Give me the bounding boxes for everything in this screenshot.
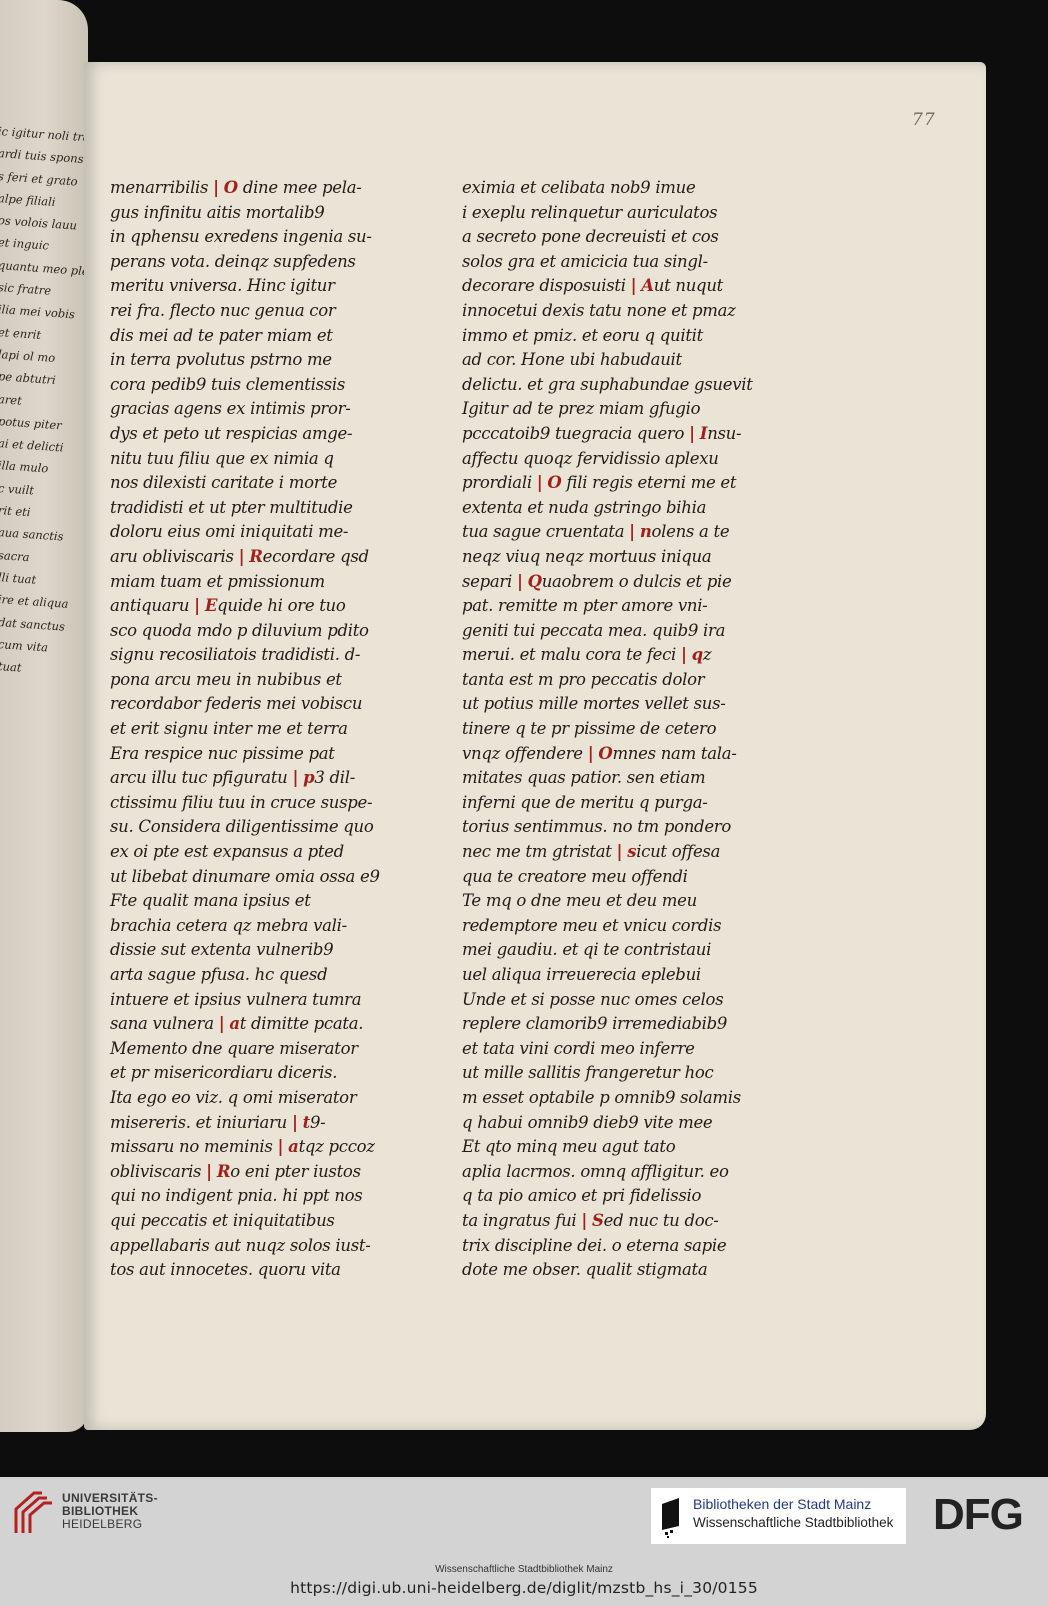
- rubric-mark: |: [629, 522, 635, 541]
- rubric-mark: |: [194, 596, 200, 615]
- manuscript-line: aru obliviscaris | Recordare qsd: [110, 545, 400, 570]
- rubric-mark: |: [588, 744, 594, 763]
- manuscript-line: menarribilis | O dine mee pela-: [110, 176, 400, 201]
- manuscript-line: innocetui dexis tatu none et pmaz: [462, 299, 782, 324]
- manuscript-line: brachia cetera qz mebra vali-: [110, 914, 400, 939]
- manuscript-line: ut mille sallitis frangeretur hoc: [462, 1061, 782, 1086]
- rubric-initial: q: [692, 645, 703, 664]
- manuscript-line: signu recosiliatois tradidisti. d-: [110, 643, 400, 668]
- manuscript-line: et erit signu inter me et terra: [110, 717, 400, 742]
- manuscript-line: torius sentimmus. no tm pondero: [462, 815, 782, 840]
- manuscript-line: miam tuam et pmissionum: [110, 570, 400, 595]
- manuscript-line: in terra pvolutus pstrno me: [110, 348, 400, 373]
- manuscript-line: affectu quoqz fervidissio aplexu: [462, 447, 782, 472]
- rubric-initial: R: [217, 1162, 230, 1181]
- rubric-initial: Q: [528, 572, 542, 591]
- manuscript-line: Te mq o dne meu et deu meu: [462, 889, 782, 914]
- rubric-mark: |: [631, 276, 637, 295]
- manuscript-line: arcu illu tuc pfiguratu | p3 dil-: [110, 766, 400, 791]
- manuscript-line: ta ingratus fui | Sed nuc tu doc-: [462, 1209, 782, 1234]
- manuscript-line: replere clamorib9 irremediabib9: [462, 1012, 782, 1037]
- manuscript-line: nos dilexisti caritate i morte: [110, 471, 400, 496]
- heidelberg-library-name: UNIVERSITÄTS- BIBLIOTHEK HEIDELBERG: [62, 1492, 158, 1531]
- manuscript-line: ex oi pte est expansus a pted: [110, 840, 400, 865]
- manuscript-line: appellabaris aut nuqz solos iust-: [110, 1234, 400, 1259]
- holding-institution: Wissenschaftliche Stadtbibliothek Mainz: [0, 1564, 1048, 1575]
- manuscript-line: qua te creatore meu offendi: [462, 865, 782, 890]
- rubric-initial: a: [288, 1137, 298, 1156]
- manuscript-line: missaru no meminis | atqz pccoz: [110, 1135, 400, 1160]
- manuscript-line: Et qto minq meu agut tato: [462, 1135, 782, 1160]
- manuscript-line: geniti tui peccata mea. quib9 ira: [462, 619, 782, 644]
- rubric-mark: |: [206, 1162, 212, 1181]
- rubric-initial: R: [249, 547, 262, 566]
- manuscript-line: rei fra. flecto nuc genua cor: [110, 299, 400, 324]
- manuscript-line: obliviscaris | Ro eni pter iustos: [110, 1160, 400, 1185]
- rubric-initial: A: [641, 276, 654, 295]
- manuscript-line: immo et pmiz. et eoru q quitit: [462, 324, 782, 349]
- rubric-initial: t: [303, 1113, 310, 1132]
- manuscript-line: misereris. et iniuriaru | t9-: [110, 1111, 400, 1136]
- rubric-mark: |: [681, 645, 687, 664]
- manuscript-line: tanta est m pro peccatis dolor: [462, 668, 782, 693]
- manuscript-line: i exeplu relinquetur auriculatos: [462, 201, 782, 226]
- manuscript-line: prordiali | O fili regis eterni me et: [462, 471, 782, 496]
- manuscript-line: mitates quas patior. sen etiam: [462, 766, 782, 791]
- manuscript-line: tinere q te pr pissime de cetero: [462, 717, 782, 742]
- manuscript-line: intuere et ipsius vulnera tumra: [110, 988, 400, 1013]
- text-column-right: eximia et celibata nob9 imuei exeplu rel…: [462, 176, 782, 1283]
- rubric-mark: |: [292, 768, 298, 787]
- manuscript-line: meritu vniversa. Hinc igitur: [110, 274, 400, 299]
- manuscript-line: et tata vini cordi meo inferre: [462, 1037, 782, 1062]
- left-page-edge: ic igitur noli trasardi tuis sponsiss fe…: [0, 0, 88, 1432]
- manuscript-line: q ta pio amico et pri fidelissio: [462, 1184, 782, 1209]
- book-icon: [659, 1496, 685, 1538]
- permalink-url[interactable]: https://digi.ub.uni-heidelberg.de/diglit…: [0, 1579, 1048, 1597]
- mainz-subtitle: Wissenschaftliche Stadtbibliothek: [693, 1515, 893, 1530]
- ub-line-3: HEIDELBERG: [62, 1518, 158, 1531]
- rubric-mark: |: [537, 473, 543, 492]
- manuscript-line: Unde et si posse nuc omes celos: [462, 988, 782, 1013]
- manuscript-line: solos gra et amicicia tua singl-: [462, 250, 782, 275]
- manuscript-line: nitu tuu filiu que ex nimia q: [110, 447, 400, 472]
- heidelberg-library-logo-icon: [12, 1487, 57, 1535]
- rubric-initial: s: [627, 842, 636, 861]
- manuscript-line: gracias agens ex intimis pror-: [110, 397, 400, 422]
- manuscript-line: recordabor federis mei vobiscu: [110, 692, 400, 717]
- manuscript-line: vnqz offendere | Omnes nam tala-: [462, 742, 782, 767]
- rubric-initial: a: [229, 1014, 239, 1033]
- manuscript-line: tuat: [0, 655, 88, 684]
- left-page-text: ic igitur noli trasardi tuis sponsiss fe…: [0, 120, 88, 677]
- manuscript-line: et pr misericordiaru diceris.: [110, 1061, 400, 1086]
- manuscript-line: ctissimu filiu tuu in cruce suspe-: [110, 791, 400, 816]
- rubric-mark: |: [689, 424, 695, 443]
- manuscript-line: cora pedib9 tuis clementissis: [110, 373, 400, 398]
- manuscript-scan: ic igitur noli trasardi tuis sponsiss fe…: [0, 0, 1048, 1477]
- right-page: 77 menarribilis | O dine mee pela-gus in…: [84, 62, 986, 1430]
- rubric-initial: S: [592, 1211, 604, 1230]
- manuscript-line: ad cor. Hone ubi habudauit: [462, 348, 782, 373]
- manuscript-line: Igitur ad te prez miam gfugio: [462, 397, 782, 422]
- manuscript-line: neqz viuq neqz mortuus iniqua: [462, 545, 782, 570]
- rubric-initial: O: [224, 178, 238, 197]
- manuscript-line: q habui omnib9 dieb9 vite mee: [462, 1111, 782, 1136]
- manuscript-line: sana vulnera | at dimitte pcata.: [110, 1012, 400, 1037]
- manuscript-line: redemptore meu et vnicu cordis: [462, 914, 782, 939]
- manuscript-line: nec me tm gtristat | sicut offesa: [462, 840, 782, 865]
- manuscript-line: delictu. et gra suphabundae gsuevit: [462, 373, 782, 398]
- manuscript-line: dys et peto ut respicias amge-: [110, 422, 400, 447]
- manuscript-line: tua sague cruentata | nolens a te: [462, 520, 782, 545]
- manuscript-line: extenta et nuda gstringo bihia: [462, 496, 782, 521]
- rubric-initial: p: [303, 768, 314, 787]
- rubric-initial: O: [547, 473, 561, 492]
- manuscript-line: doloru eius omi iniquitati me-: [110, 520, 400, 545]
- folio-number: 77: [912, 110, 936, 130]
- manuscript-line: dissie sut extenta vulnerib9: [110, 938, 400, 963]
- mainz-library-logo[interactable]: Bibliotheken der Stadt Mainz Wissenschaf…: [651, 1488, 906, 1544]
- rubric-mark: |: [617, 842, 623, 861]
- manuscript-line: aplia lacrmos. omnq affligitur. eo: [462, 1160, 782, 1185]
- manuscript-line: Fte qualit mana ipsius et: [110, 889, 400, 914]
- manuscript-line: in qphensu exredens ingenia su-: [110, 225, 400, 250]
- text-column-left: menarribilis | O dine mee pela-gus infin…: [110, 176, 400, 1283]
- manuscript-line: inferni que de meritu q purga-: [462, 791, 782, 816]
- manuscript-line: m esset optabile p omnib9 solamis: [462, 1086, 782, 1111]
- rubric-initial: I: [700, 424, 707, 443]
- manuscript-line: pona arcu meu in nubibus et: [110, 668, 400, 693]
- manuscript-line: Ita ego eo viz. q omi miserator: [110, 1086, 400, 1111]
- manuscript-line: mei gaudiu. et qi te contristaui: [462, 938, 782, 963]
- manuscript-line: qui peccatis et iniquitatibus: [110, 1209, 400, 1234]
- manuscript-line: pcccatoib9 tuegracia quero | Insu-: [462, 422, 782, 447]
- manuscript-line: dis mei ad te pater miam et: [110, 324, 400, 349]
- rubric-mark: |: [581, 1211, 587, 1230]
- manuscript-line: antiquaru | Equide hi ore tuo: [110, 594, 400, 619]
- rubric-initial: E: [205, 596, 217, 615]
- rubric-initial: O: [598, 744, 612, 763]
- manuscript-line: arta sague pfusa. hc quesd: [110, 963, 400, 988]
- mainz-title: Bibliotheken der Stadt Mainz: [693, 1496, 871, 1512]
- rubric-mark: |: [239, 547, 245, 566]
- manuscript-line: pat. remitte m pter amore vni-: [462, 594, 782, 619]
- dfg-logo[interactable]: DFG: [933, 1491, 1023, 1539]
- manuscript-line: merui. et malu cora te feci | qz: [462, 643, 782, 668]
- manuscript-line: Memento dne quare miserator: [110, 1037, 400, 1062]
- manuscript-line: eximia et celibata nob9 imue: [462, 176, 782, 201]
- manuscript-line: gus infinitu aitis mortalib9: [110, 201, 400, 226]
- manuscript-line: a secreto pone decreuisti et cos: [462, 225, 782, 250]
- manuscript-line: uel aliqua irreuerecia eplebui: [462, 963, 782, 988]
- manuscript-line: perans vota. deinqz supfedens: [110, 250, 400, 275]
- rubric-mark: |: [517, 572, 523, 591]
- manuscript-line: decorare disposuisti | Aut nuqut: [462, 274, 782, 299]
- viewer-footer: UNIVERSITÄTS- BIBLIOTHEK HEIDELBERG Bibl…: [0, 1477, 1048, 1606]
- manuscript-line: sco quoda mdo p diluvium pdito: [110, 619, 400, 644]
- manuscript-line: trix discipline dei. o eterna sapie: [462, 1234, 782, 1259]
- manuscript-line: ut libebat dinumare omia ossa e9: [110, 865, 400, 890]
- rubric-mark: |: [292, 1113, 298, 1132]
- manuscript-line: su. Considera diligentissime quo: [110, 815, 400, 840]
- manuscript-line: tradidisti et ut pter multitudie: [110, 496, 400, 521]
- rubric-mark: |: [278, 1137, 284, 1156]
- manuscript-line: qui no indigent pnia. hi ppt nos: [110, 1184, 400, 1209]
- manuscript-line: dote me obser. qualit stigmata: [462, 1258, 782, 1283]
- rubric-mark: |: [213, 178, 219, 197]
- manuscript-line: ut potius mille mortes vellet sus-: [462, 692, 782, 717]
- manuscript-line: Era respice nuc pissime pat: [110, 742, 400, 767]
- rubric-initial: n: [640, 522, 652, 541]
- manuscript-line: tos aut innocetes. quoru vita: [110, 1258, 400, 1283]
- rubric-mark: |: [219, 1014, 225, 1033]
- manuscript-line: separi | Quaobrem o dulcis et pie: [462, 570, 782, 595]
